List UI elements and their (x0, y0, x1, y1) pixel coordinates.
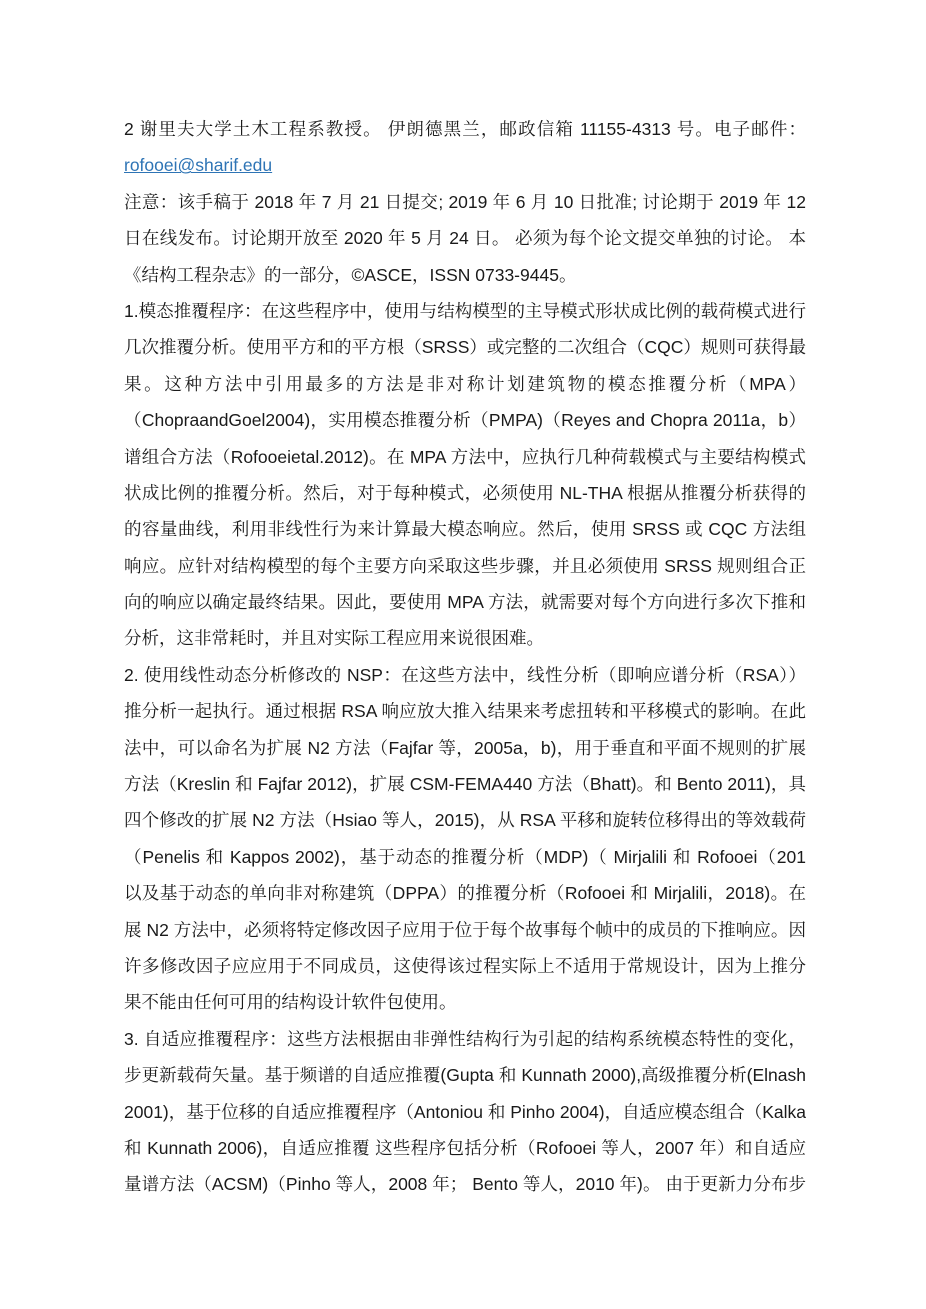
text-line: 果不能由任何可用的结构设计软件包使用。 (124, 984, 806, 1020)
text-line: 《结构工程杂志》的一部分，©ASCE，ISSN 0733-9445。 (124, 257, 806, 293)
text-line: 1.模态推覆程序：在这些程序中，使用与结构模型的主导模式形状成比例的载荷模式进行… (124, 293, 806, 329)
text-line: 展 N2 方法中，必须将特定修改因子应用于位于每个故事每个帧中的成员的下推响应。… (124, 912, 806, 948)
text-line: 推分析一起执行。通过根据 RSA 响应放大推入结果来考虑扭转和平移模式的影响。在… (124, 693, 806, 729)
item-1-modal-pushover-procedures: 1.模态推覆程序：在这些程序中，使用与结构模型的主导模式形状成比例的载荷模式进行… (124, 293, 806, 657)
item-3-adaptive-pushover-procedures: 3. 自适应推覆程序：这些方法根据由非弹性结构行为引起的结构系统模态特性的变化，… (124, 1021, 806, 1203)
item-2-nsp-modified-linear-dynamic: 2. 使用线性动态分析修改的 NSP：在这些方法中，线性分析（即响应谱分析（RS… (124, 657, 806, 1021)
text-line: 方法（Kreslin 和 Fajfar 2012)，扩展 CSM-FEMA440… (124, 766, 806, 802)
text-line: 步更新载荷矢量。基于频谱的自适应推覆(Gupta 和 Kunnath 2000)… (124, 1057, 806, 1093)
text-line: （Penelis 和 Kappos 2002)，基于动态的推覆分析（MDP)（ … (124, 839, 806, 875)
text-line: 的容量曲线，利用非线性行为来计算最大模态响应。然后，使用 SRSS 或 CQC … (124, 511, 806, 547)
email-line: rofooei@sharif.edu (124, 147, 806, 183)
text-line: 和 Kunnath 2006)，自适应推覆 这些程序包括分析（Rofooei 等… (124, 1130, 806, 1166)
text-line: 2 谢里夫大学土木工程系教授。 伊朗德黑兰，邮政信箱 11155-4313 号。… (124, 111, 806, 147)
document-page: 2 谢里夫大学土木工程系教授。 伊朗德黑兰，邮政信箱 11155-4313 号。… (0, 0, 926, 1309)
text-line: 3. 自适应推覆程序：这些方法根据由非弹性结构行为引起的结构系统模态特性的变化，… (124, 1021, 806, 1057)
text-line: 响应。应针对结构模型的每个主要方向采取这些步骤，并且必须使用 SRSS 规则组合… (124, 548, 806, 584)
text-line: 分析，这非常耗时，并且对实际工程应用来说很困难。 (124, 620, 806, 656)
text-line: 四个修改的扩展 N2 方法（Hsiao 等人，2015)，从 RSA 平移和旋转… (124, 802, 806, 838)
text-line: 以及基于动态的单向非对称建筑（DPPA）的推覆分析（Rofooei 和 Mirj… (124, 875, 806, 911)
document-body: 2 谢里夫大学土木工程系教授。 伊朗德黑兰，邮政信箱 11155-4313 号。… (124, 111, 806, 1203)
text-line: 注意：该手稿于 2018 年 7 月 21 日提交; 2019 年 6 月 10… (124, 184, 806, 220)
text-line: 几次推覆分析。使用平方和的平方根（SRSS）或完整的二次组合（CQC）规则可获得… (124, 329, 806, 365)
text-line: 许多修改因子应应用于不同成员，这使得该过程实际上不适用于常规设计，因为上推分析结 (124, 948, 806, 984)
text-line: 果。这种方法中引用最多的方法是非对称计划建筑物的模态推覆分析（MPA） (124, 366, 806, 402)
text-line: 日在线发布。讨论期开放至 2020 年 5 月 24 日。 必须为每个论文提交单… (124, 220, 806, 256)
text-line: 状成比例的推覆分析。然后，对于每种模式，必须使用 NL-THA 根据从推覆分析获… (124, 475, 806, 511)
text-line: 谱组合方法（Rofooeietal.2012)。在 MPA 方法中，应执行几种荷… (124, 439, 806, 475)
text-line: 法中，可以命名为扩展 N2 方法（Fajfar 等，2005a，b)，用于垂直和… (124, 730, 806, 766)
text-line: 量谱方法（ACSM)（Pinho 等人，2008 年； Bento 等人，201… (124, 1166, 806, 1202)
text-line: 向的响应以确定最终结果。因此，要使用 MPA 方法，就需要对每个方向进行多次下推… (124, 584, 806, 620)
email-link[interactable]: rofooei@sharif.edu (124, 155, 272, 175)
text-line: 2001)，基于位移的自适应推覆程序（Antoniou 和 Pinho 2004… (124, 1094, 806, 1130)
text-line: 2. 使用线性动态分析修改的 NSP：在这些方法中，线性分析（即响应谱分析（RS… (124, 657, 806, 693)
text-line: （ChopraandGoel2004)，实用模态推覆分析（PMPA)（Reyes… (124, 402, 806, 438)
manuscript-note: 注意：该手稿于 2018 年 7 月 21 日提交; 2019 年 6 月 10… (124, 184, 806, 293)
author-affiliation: 2 谢里夫大学土木工程系教授。 伊朗德黑兰，邮政信箱 11155-4313 号。… (124, 111, 806, 184)
